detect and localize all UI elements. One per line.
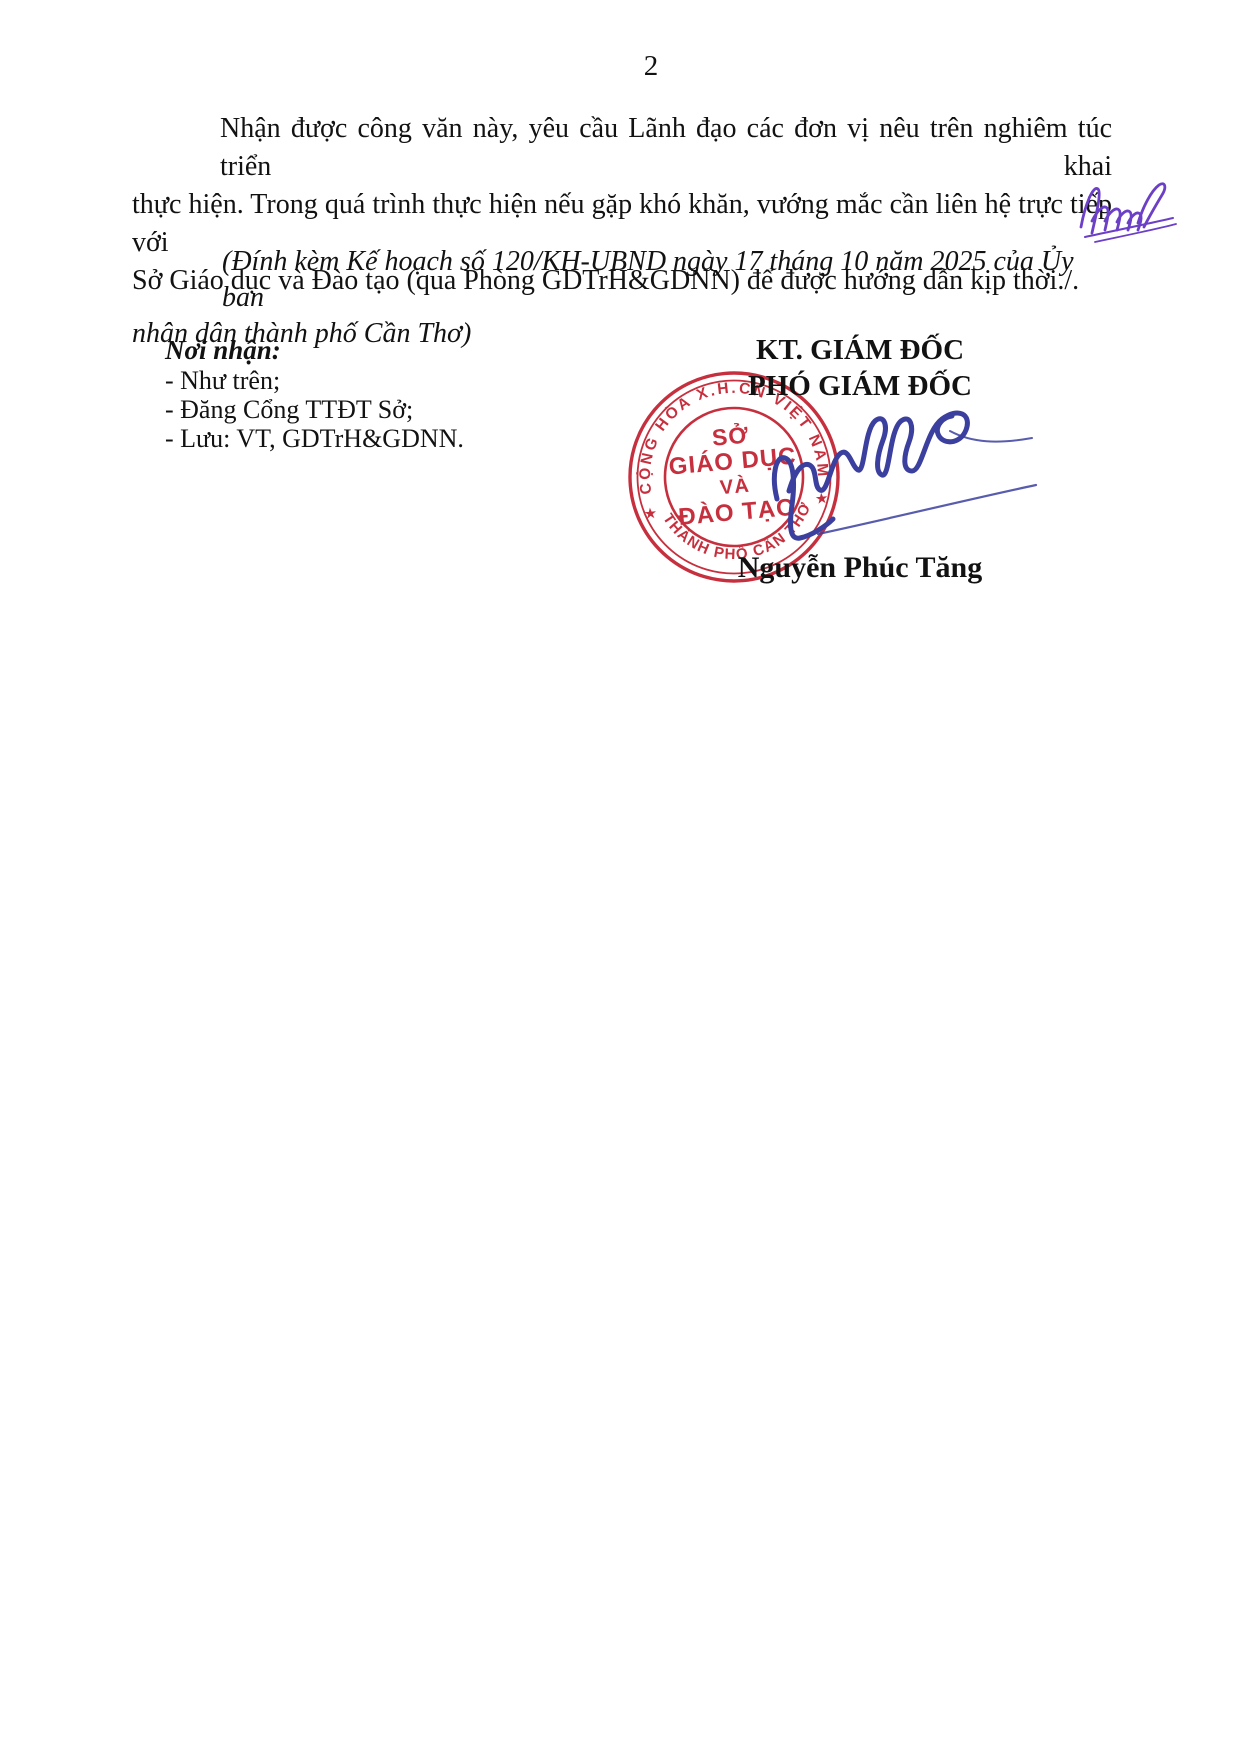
recipients-label: Nơi nhận: [165, 334, 464, 366]
recipients-item: - Đăng Cổng TTĐT Sở; [165, 395, 464, 424]
page-number: 2 [0, 50, 1241, 83]
paragraph-line: Nhận được công văn này, yêu cầu Lãnh đạo… [132, 110, 1112, 186]
handwritten-initial-ink [1073, 177, 1181, 243]
recipients-item: - Lưu: VT, GDTrH&GDNN. [165, 424, 464, 453]
signer-position-line1: KT. GIÁM ĐỐC [635, 332, 1085, 368]
document-page: 2 Nhận được công văn này, yêu cầu Lãnh đ… [0, 0, 1241, 1755]
note-line: (Đính kèm Kế hoạch số 120/KH-UBND ngày 1… [132, 244, 1112, 316]
signature-ink [630, 393, 1042, 558]
recipients-block: Nơi nhận: - Như trên; - Đăng Cổng TTĐT S… [165, 334, 464, 453]
recipients-item: - Như trên; [165, 366, 464, 395]
